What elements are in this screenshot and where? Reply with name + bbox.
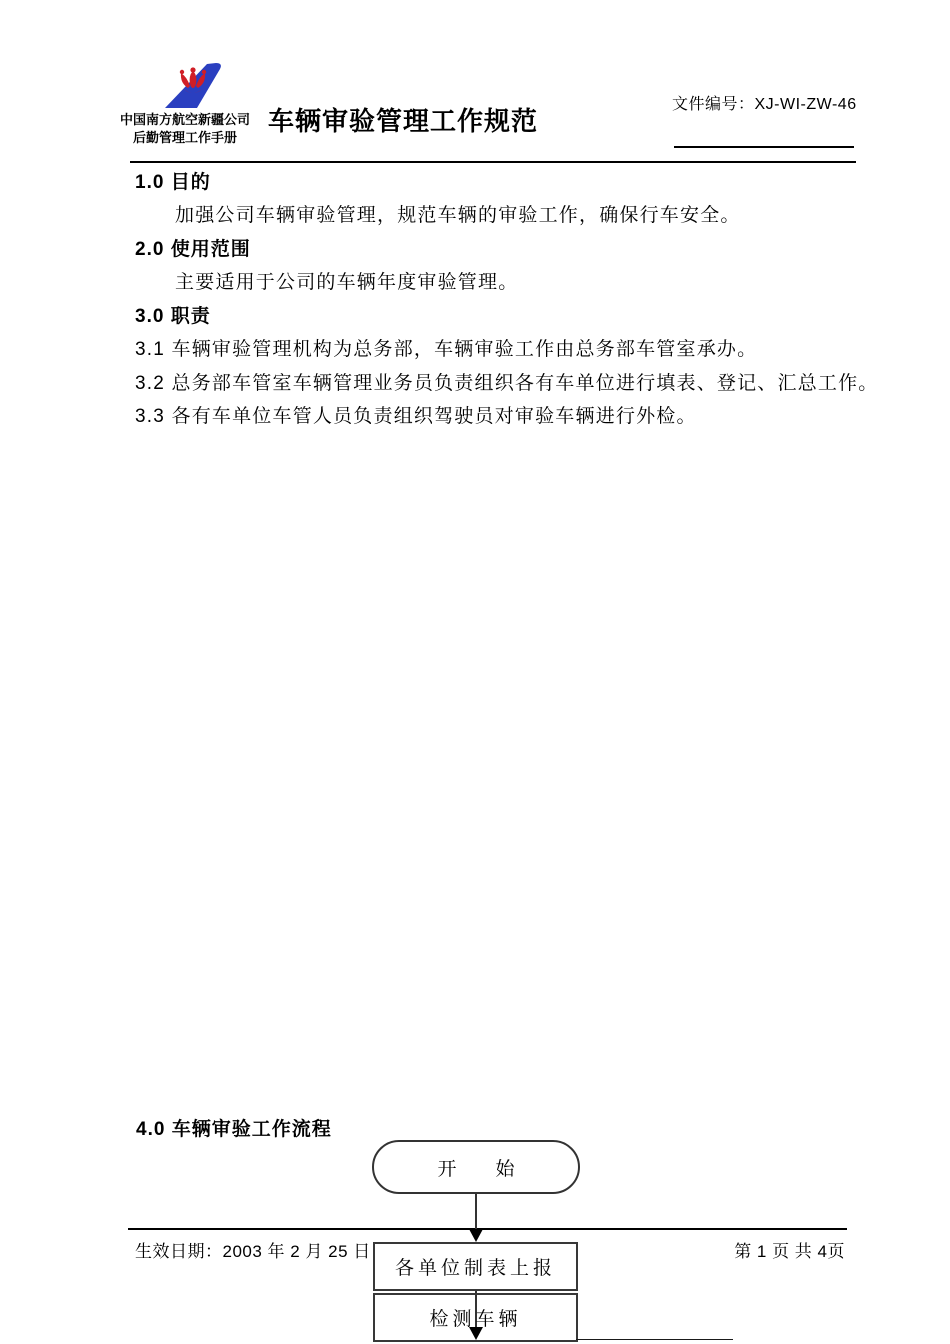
footer-effective-date: 生效日期：2003 年 2 月 25 日 [135, 1237, 371, 1262]
flowchart-step-2-label: 检测车辆 [429, 1304, 521, 1331]
flowchart-start-node: 开 始 [372, 1140, 580, 1194]
flowchart-step-2-box: 检测车辆 [373, 1293, 578, 1342]
footer-rule [128, 1228, 847, 1230]
section-3-item-1: 3.1 车辆审验管理机构为总务部，车辆审验工作由总务部车管室承办。 [135, 334, 757, 361]
flowchart-start-label: 开 始 [427, 1154, 524, 1181]
document-page: 中国南方航空新疆公司 后勤管理工作手册 车辆审验管理工作规范 文件编号：XJ-W… [0, 0, 950, 1344]
section-2-heading: 2.0 使用范围 [135, 234, 251, 261]
page-title: 车辆审验管理工作规范 [268, 101, 538, 138]
section-3-item-3: 3.3 各有车单位车管人员负责组织驾驶员对审验车辆进行外检。 [135, 401, 697, 428]
section-1-heading: 1.0 目的 [135, 167, 211, 194]
flowchart-arrowhead-1 [469, 1229, 483, 1242]
china-southern-tail-logo [163, 61, 225, 109]
section-3-item-2: 3.2 总务部车管室车辆管理业务员负责组织各有车单位进行填表、登记、汇总工作。 [135, 368, 879, 395]
doc-number: 文件编号：XJ-WI-ZW-46 [672, 91, 857, 114]
section-4-heading: 4.0 车辆审验工作流程 [136, 1114, 332, 1141]
company-name: 中国南方航空新疆公司 [118, 111, 252, 129]
section-3-heading: 3.0 职责 [135, 301, 211, 328]
flowchart-bottom-branch-line [576, 1339, 733, 1340]
section-2-body: 主要适用于公司的车辆年度审验管理。 [175, 267, 518, 294]
flowchart-step-1-box: 各单位制表上报 [373, 1242, 578, 1291]
header-rule [130, 161, 856, 163]
company-manual-name: 后勤管理工作手册 [118, 129, 252, 147]
flowchart-connector-1 [475, 1192, 477, 1232]
doc-number-underline [674, 146, 854, 148]
section-1-body: 加强公司车辆审验管理，规范车辆的审验工作，确保行车安全。 [175, 200, 741, 227]
flowchart-step-1-label: 各单位制表上报 [395, 1253, 556, 1280]
footer-page-info: 第 1 页 共 4页 [734, 1237, 845, 1262]
